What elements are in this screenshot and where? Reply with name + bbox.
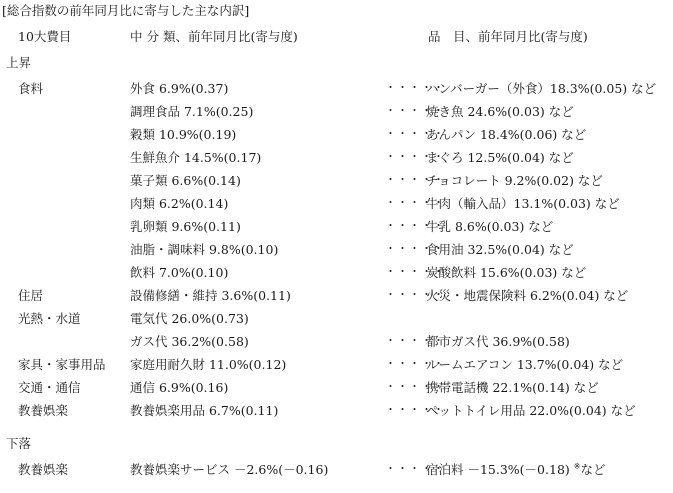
item: 焼き魚 24.6%(0.03) など — [426, 102, 574, 120]
table-row: 油脂・調味料 9.8%(0.10) ・・・・・ 食用油 32.5%(0.04) … — [0, 240, 673, 256]
mid-category: 飲料 7.0%(0.10) — [130, 263, 228, 281]
table-row: 食料 外食 6.9%(0.37) ・・・・・ ハンバーガー（外食）18.3%(0… — [0, 79, 673, 95]
mid-category: 家庭用耐久財 11.0%(0.12) — [130, 355, 286, 373]
item: チョコレート 9.2%(0.02) など — [426, 171, 603, 189]
mid-category: ガス代 36.2%(0.58) — [130, 332, 249, 350]
table-row: 調理食品 7.1%(0.25) ・・・・・ 焼き魚 24.6%(0.03) など — [0, 102, 673, 118]
mid-category: 油脂・調味料 9.8%(0.10) — [130, 240, 278, 258]
mid-category: 教養娯楽用品 6.7%(0.11) — [130, 401, 278, 419]
header-major-category: 10大費目 — [18, 29, 71, 45]
mid-category: 穀類 10.9%(0.19) — [130, 125, 236, 143]
mid-category: 生鮮魚介 14.5%(0.17) — [130, 148, 261, 166]
table-row: 住居 設備修繕・維持 3.6%(0.11) ・・・・・ 火災・地震保険料 6.2… — [0, 286, 673, 302]
header-mid-category: 中 分 類、前年同月比(寄与度) — [130, 29, 298, 45]
table-row: 教養娯楽 教養娯楽サービス －2.6%(－0.16) ・・・・・ 宿泊料 －15… — [0, 460, 673, 476]
item: 牛肉（輸入品）13.1%(0.03) など — [426, 194, 620, 212]
table-row: 肉類 6.2%(0.14) ・・・・・ 牛肉（輸入品）13.1%(0.03) な… — [0, 194, 673, 210]
major-category: 教養娯楽 — [18, 401, 68, 419]
mid-category: 教養娯楽サービス －2.6%(－0.16) — [130, 460, 328, 478]
mid-category: 乳卵類 9.6%(0.11) — [130, 217, 241, 235]
item: ルームエアコン 13.7%(0.04) など — [426, 355, 623, 373]
item: ペットトイレ用品 22.0%(0.04) など — [426, 401, 636, 419]
section-fall-label: 下落 — [6, 436, 31, 452]
major-category: 家具・家事用品 — [18, 355, 106, 373]
item: 携帯電話機 22.1%(0.14) など — [426, 378, 599, 396]
mid-category: 肉類 6.2%(0.14) — [130, 194, 228, 212]
item-suffix: など — [580, 462, 605, 477]
mid-category: 調理食品 7.1%(0.25) — [130, 102, 253, 120]
table-row: 穀類 10.9%(0.19) ・・・・・ あんパン 18.4%(0.06) など — [0, 125, 673, 141]
item: ハンバーガー（外食）18.3%(0.05) など — [426, 79, 656, 97]
table-row: 光熱・水道 電気代 26.0%(0.73) — [0, 309, 673, 325]
table-row: 教養娯楽 教養娯楽用品 6.7%(0.11) ・・・・・ ペットトイレ用品 22… — [0, 401, 673, 417]
mid-category: 設備修繕・維持 3.6%(0.11) — [130, 286, 291, 304]
table-row: 交通・通信 通信 6.9%(0.16) ・・・・・ 携帯電話機 22.1%(0.… — [0, 378, 673, 394]
item: まぐろ 12.5%(0.04) など — [426, 148, 574, 166]
table-row: 飲料 7.0%(0.10) ・・・・・ 炭酸飲料 15.6%(0.03) など — [0, 263, 673, 279]
major-category: 交通・通信 — [18, 378, 81, 396]
table-row: 乳卵類 9.6%(0.11) ・・・・・ 牛乳 8.6%(0.03) など — [0, 217, 673, 233]
mid-category: 菓子類 6.6%(0.14) — [130, 171, 241, 189]
table-row: 生鮮魚介 14.5%(0.17) ・・・・・ まぐろ 12.5%(0.04) な… — [0, 148, 673, 164]
item: あんパン 18.4%(0.06) など — [426, 125, 586, 143]
item: 火災・地震保険料 6.2%(0.04) など — [426, 286, 628, 304]
major-category: 光熱・水道 — [18, 309, 81, 327]
table-row: ガス代 36.2%(0.58) ・・・・・ 都市ガス代 36.9%(0.58) — [0, 332, 673, 348]
major-category: 住居 — [18, 286, 43, 304]
table-row: 菓子類 6.6%(0.14) ・・・・・ チョコレート 9.2%(0.02) な… — [0, 171, 673, 187]
header-item: 品 目、前年同月比(寄与度) — [428, 29, 588, 45]
mid-category: 通信 6.9%(0.16) — [130, 378, 228, 396]
major-category: 教養娯楽 — [18, 460, 68, 478]
item: 炭酸飲料 15.6%(0.03) など — [426, 263, 586, 281]
table-row: 家具・家事用品 家庭用耐久財 11.0%(0.12) ・・・・・ ルームエアコン… — [0, 355, 673, 371]
item: 牛乳 8.6%(0.03) など — [426, 217, 553, 235]
section-rise-label: 上昇 — [6, 55, 31, 71]
mid-category: 外食 6.9%(0.37) — [130, 79, 228, 97]
mid-category: 電気代 26.0%(0.73) — [130, 309, 249, 327]
item: 食用油 32.5%(0.04) など — [426, 240, 574, 258]
item-text: 宿泊料 －15.3%(－0.18) — [426, 462, 574, 477]
table-title: [総合指数の前年同月比に寄与した主な内訳] — [2, 3, 249, 19]
item: 都市ガス代 36.9%(0.58) — [426, 332, 570, 350]
major-category: 食料 — [18, 79, 43, 97]
item: 宿泊料 －15.3%(－0.18) ※など — [426, 460, 605, 478]
